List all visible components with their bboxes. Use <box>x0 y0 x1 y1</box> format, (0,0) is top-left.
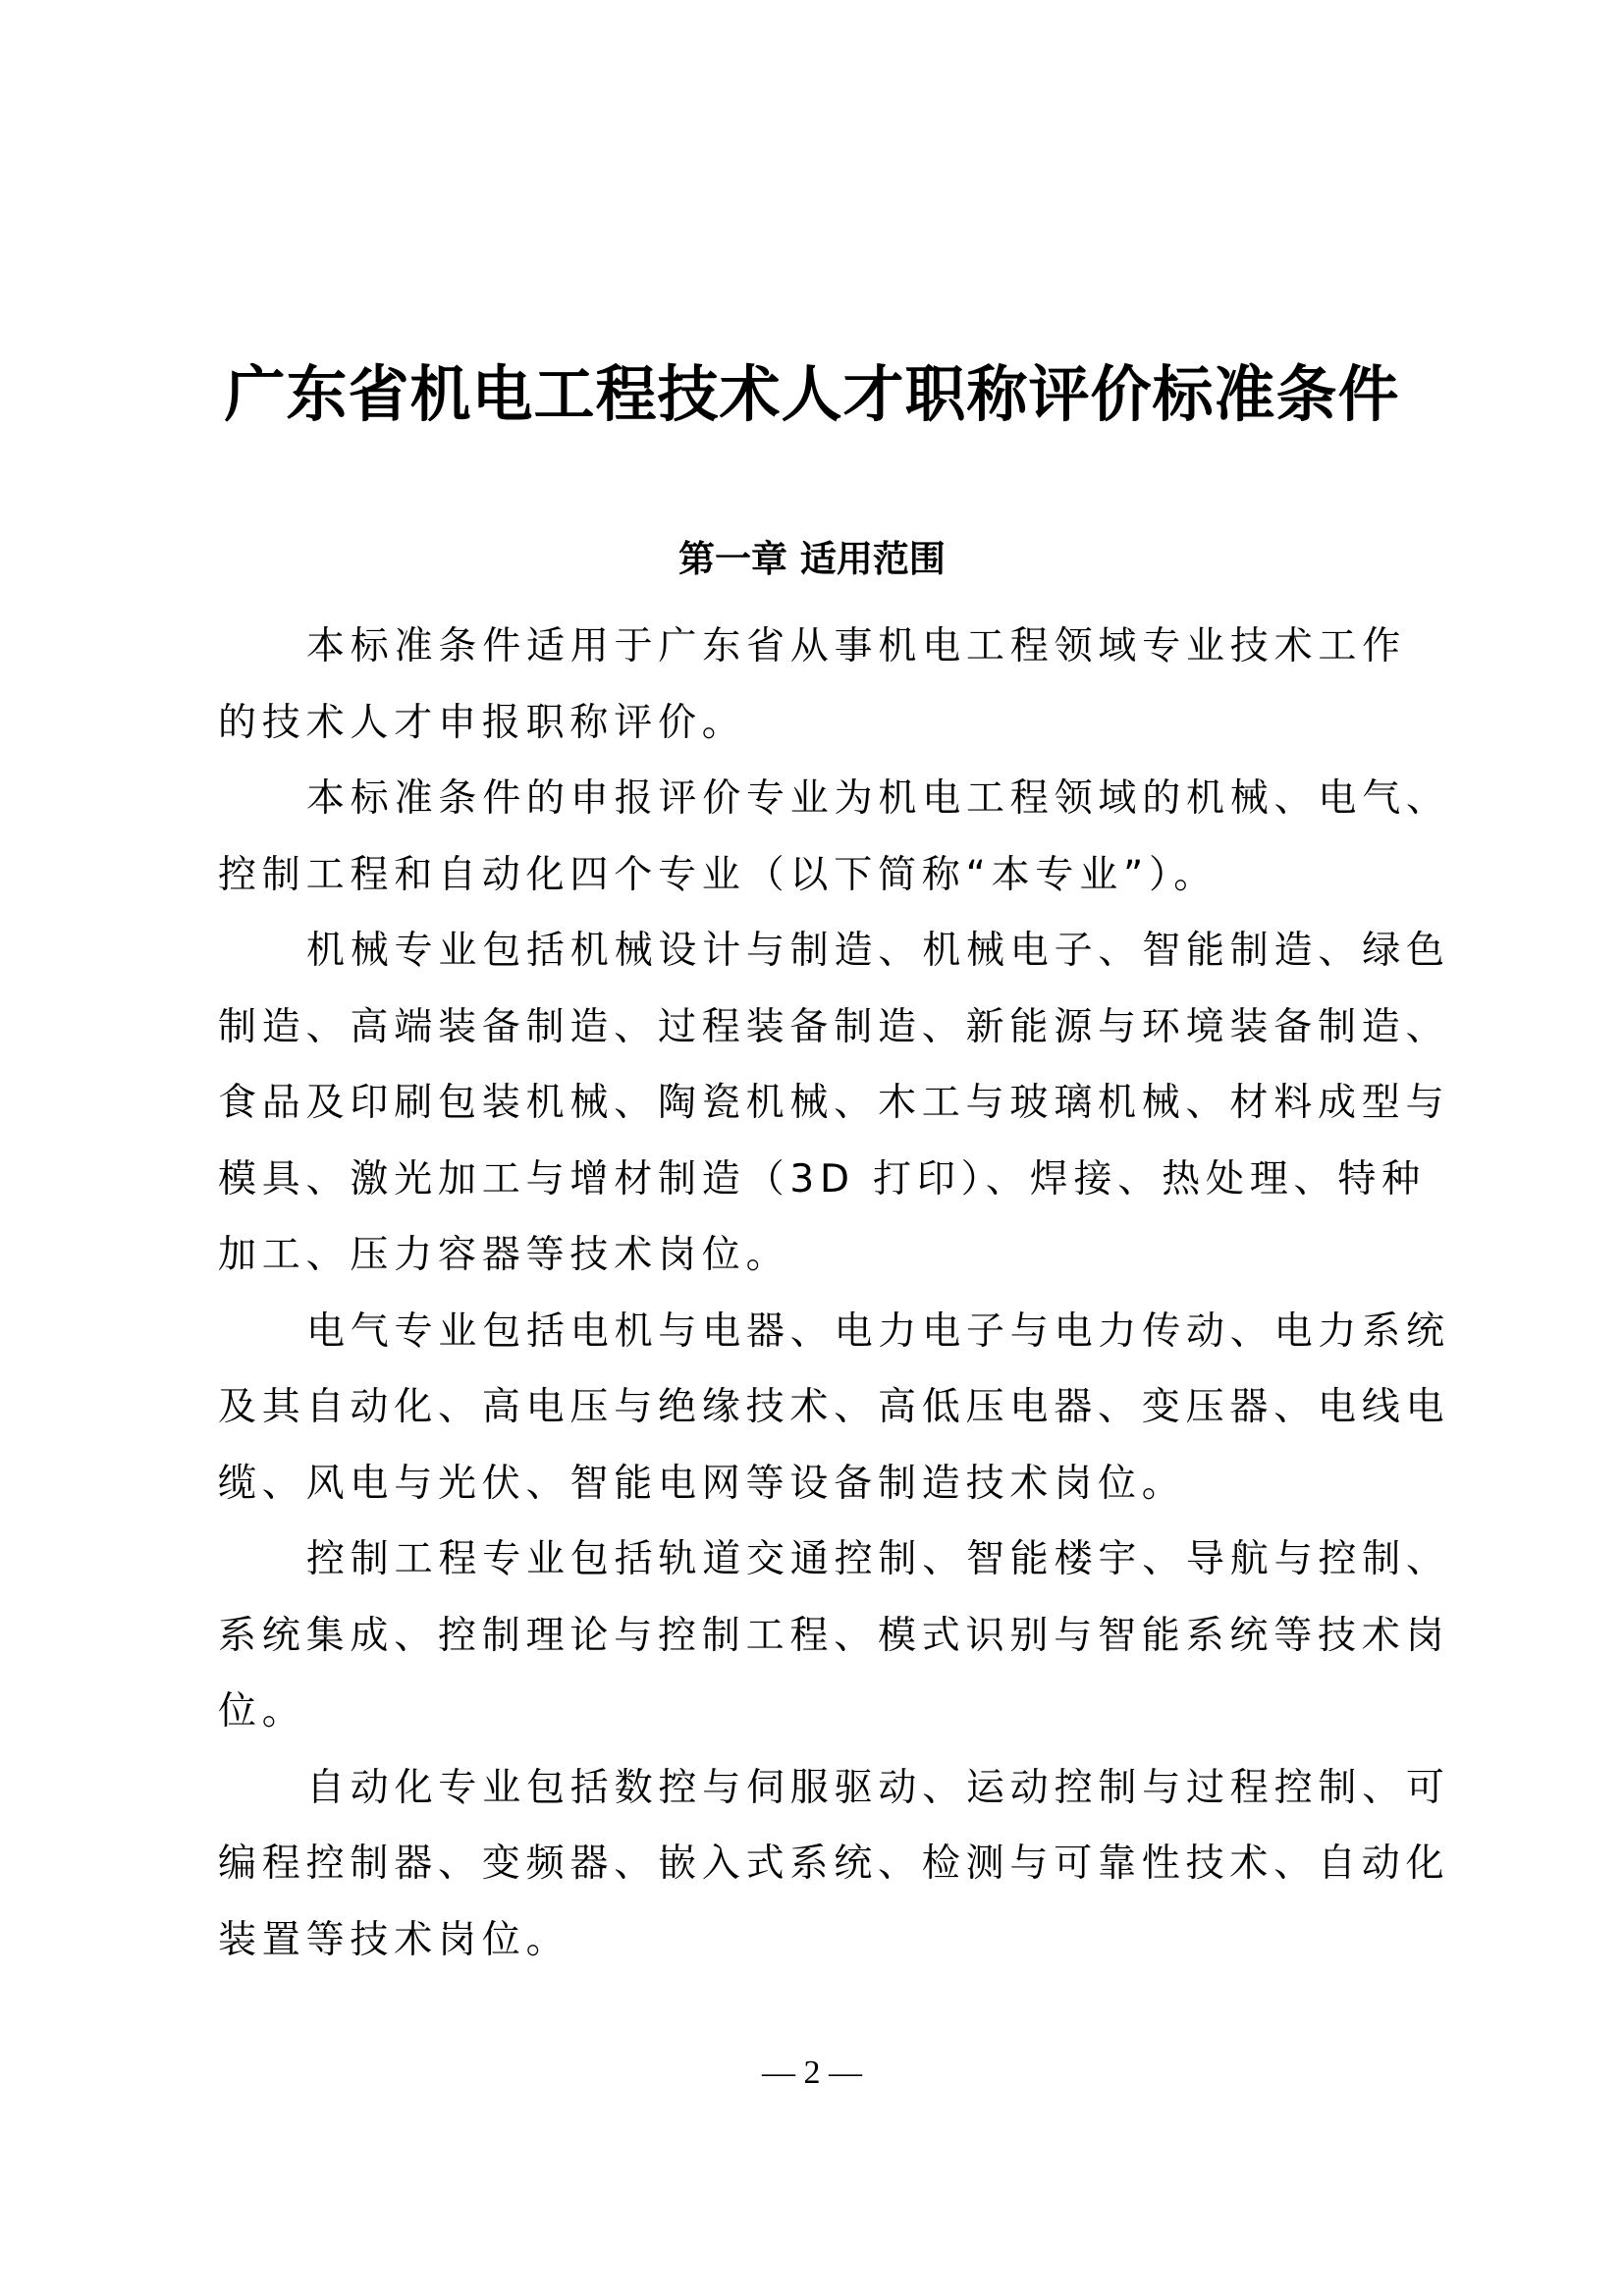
body-text: 本标准条件适用于广东省从事机电工程领域专业技术工作 的技术人才申报职称评价。 本… <box>218 609 1435 1978</box>
page-number: — 2 — <box>0 2052 1624 2095</box>
text-line: 自动化专业包括数控与伺服驱动、运动控制与过程控制、可 <box>218 1750 1435 1827</box>
document-page: 广东省机电工程技术人才职称评价标准条件 第一章 适用范围 本标准条件适用于广东省… <box>0 0 1624 2296</box>
paragraph-mechanical: 机械专业包括机械设计与制造、机械电子、智能制造、绿色 制造、高端装备制造、过程装… <box>218 913 1435 1294</box>
text-line: 位。 <box>218 1674 1435 1750</box>
text-line: 及其自动化、高电压与绝缘技术、高低压电器、变压器、电线电 <box>218 1369 1435 1446</box>
paragraph-specialties: 本标准条件的申报评价专业为机电工程领域的机械、电气、 控制工程和自动化四个专业（… <box>218 761 1435 913</box>
text-line: 本标准条件的申报评价专业为机电工程领域的机械、电气、 <box>218 761 1435 837</box>
chapter-heading: 第一章 适用范围 <box>0 535 1624 584</box>
text-line: 模具、激光加工与增材制造（3D 打印）、焊接、热处理、特种 <box>218 1142 1435 1218</box>
text-line: 控制工程和自动化四个专业（以下简称“本专业”）。 <box>218 837 1435 914</box>
text-line: 的技术人才申报职称评价。 <box>218 685 1435 762</box>
text-line: 制造、高端装备制造、过程装备制造、新能源与环境装备制造、 <box>218 989 1435 1066</box>
text-line: 缆、风电与光伏、智能电网等设备制造技术岗位。 <box>218 1446 1435 1522</box>
text-line: 系统集成、控制理论与控制工程、模式识别与智能系统等技术岗 <box>218 1598 1435 1675</box>
paragraph-scope: 本标准条件适用于广东省从事机电工程领域专业技术工作 的技术人才申报职称评价。 <box>218 609 1435 761</box>
paragraph-electrical: 电气专业包括电机与电器、电力电子与电力传动、电力系统 及其自动化、高电压与绝缘技… <box>218 1294 1435 1522</box>
text-line: 食品及印刷包装机械、陶瓷机械、木工与玻璃机械、材料成型与 <box>218 1065 1435 1142</box>
text-line: 装置等技术岗位。 <box>218 1902 1435 1979</box>
document-title: 广东省机电工程技术人才职称评价标准条件 <box>0 355 1624 434</box>
text-line: 编程控制器、变频器、嵌入式系统、检测与可靠性技术、自动化 <box>218 1826 1435 1902</box>
paragraph-control-engineering: 控制工程专业包括轨道交通控制、智能楼宇、导航与控制、 系统集成、控制理论与控制工… <box>218 1522 1435 1750</box>
text-line: 机械专业包括机械设计与制造、机械电子、智能制造、绿色 <box>218 913 1435 989</box>
text-line: 加工、压力容器等技术岗位。 <box>218 1217 1435 1294</box>
paragraph-automation: 自动化专业包括数控与伺服驱动、运动控制与过程控制、可 编程控制器、变频器、嵌入式… <box>218 1750 1435 1979</box>
text-line: 电气专业包括电机与电器、电力电子与电力传动、电力系统 <box>218 1294 1435 1370</box>
text-line: 本标准条件适用于广东省从事机电工程领域专业技术工作 <box>218 609 1435 685</box>
text-line: 控制工程专业包括轨道交通控制、智能楼宇、导航与控制、 <box>218 1522 1435 1598</box>
